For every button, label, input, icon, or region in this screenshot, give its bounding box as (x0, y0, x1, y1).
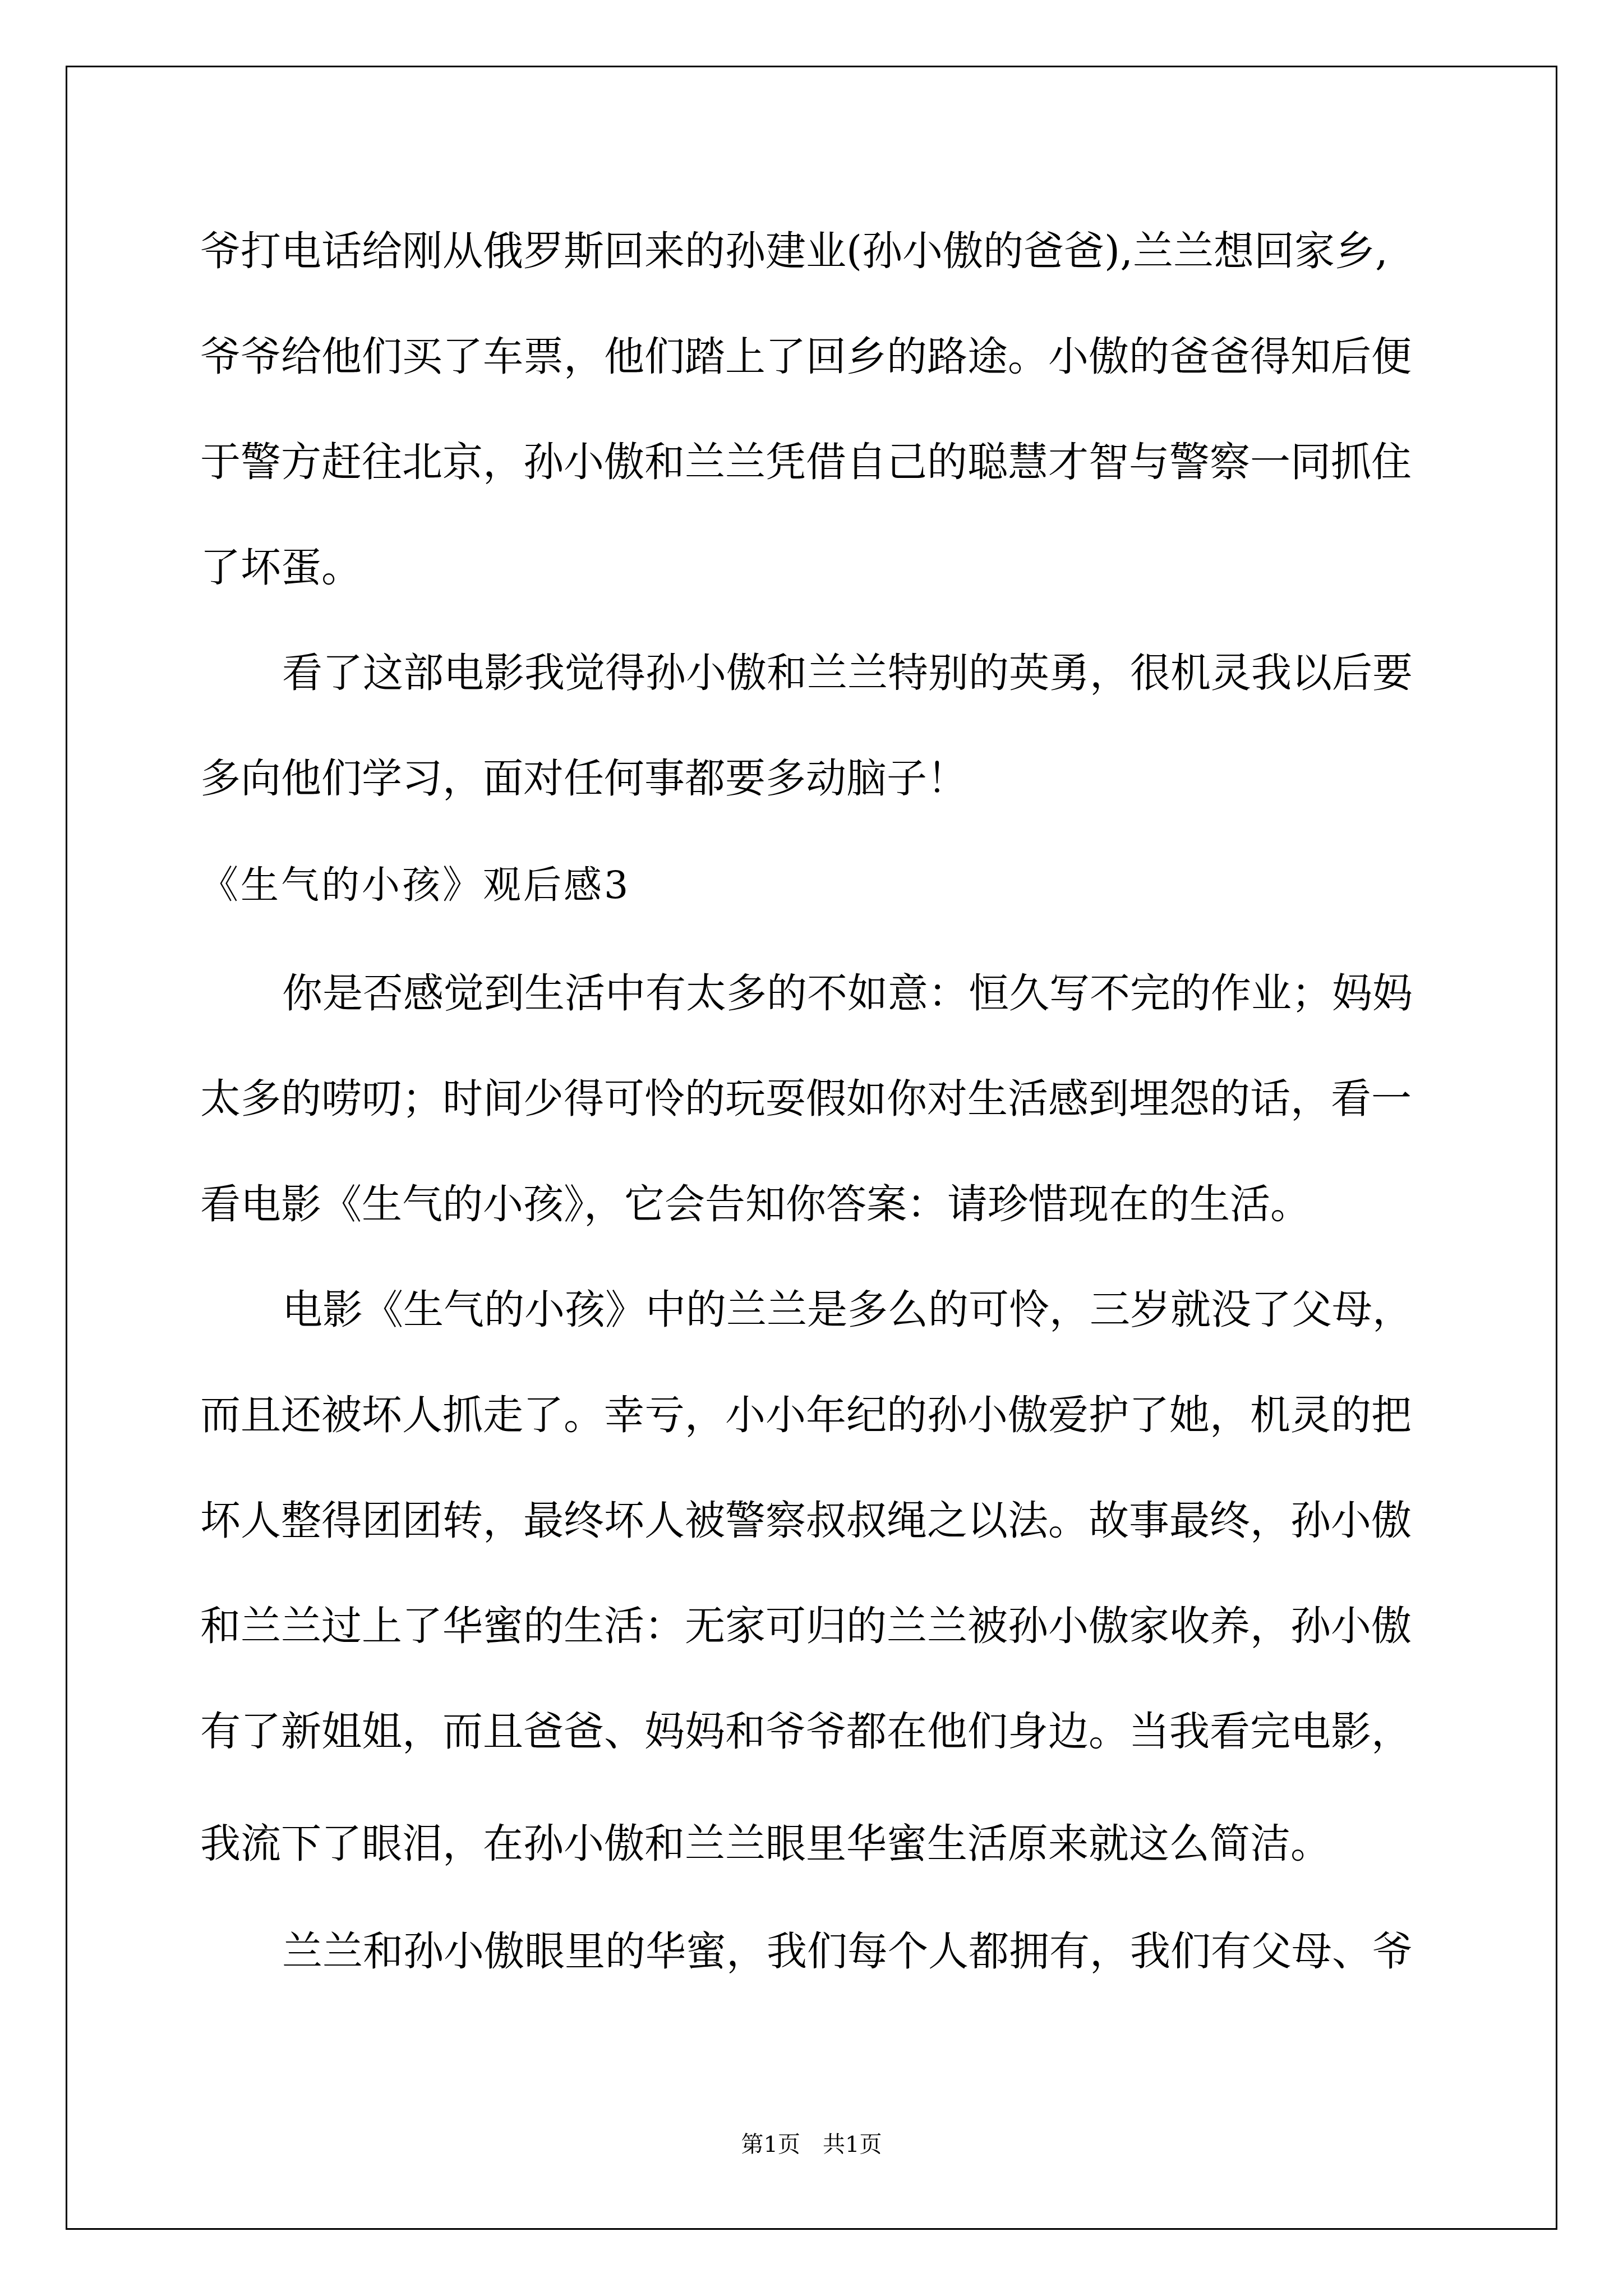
paragraph-start-line: 兰兰和孙小傲眼里的华蜜，我们每个人都拥有，我们有父母、爷 (282, 1898, 1413, 2004)
paragraph-start-line: 你是否感觉到生活中有太多的不如意：恒久写不完的作业；妈妈 (282, 940, 1413, 1046)
text-line: 我流下了眼泪，在孙小傲和兰兰眼里华蜜生活原来就这么简洁。 (200, 1791, 1331, 1896)
current-page-label: 第1页 (741, 2132, 800, 2157)
text-line: 爷爷给他们买了车票，他们踏上了回乡的路途。小傲的爸爸得知后便 (200, 303, 1412, 409)
paragraph-start-line: 电影《生气的小孩》中的兰兰是多么的可怜，三岁就没了父母， (282, 1257, 1413, 1362)
text-line: 了坏蛋。 (200, 514, 362, 620)
section-title: 《生气的小孩》观后感3 (200, 833, 630, 938)
text-line: 爷打电话给刚从俄罗斯回来的孙建业(孙小傲的爸爸),兰兰想回家乡, (200, 198, 1388, 303)
text-line: 和兰兰过上了华蜜的生活：无家可归的兰兰被孙小傲家收养，孙小傲 (200, 1573, 1412, 1678)
paragraph-start-line: 看了这部电影我觉得孙小傲和兰兰特别的英勇，很机灵我以后要 (282, 620, 1413, 725)
text-line: 于警方赶往北京，孙小傲和兰兰凭借自己的聪慧才智与警察一同抓住 (200, 409, 1412, 514)
text-line: 而且还被坏人抓走了。幸亏，小小年纪的孙小傲爱护了她，机灵的把 (200, 1362, 1412, 1467)
page-footer: 第1页共1页 (0, 2131, 1623, 2159)
text-line: 坏人整得团团转，最终坏人被警察叔叔绳之以法。故事最终，孙小傲 (200, 1467, 1412, 1573)
text-line: 太多的唠叨；时间少得可怜的玩耍假如你对生活感到埋怨的话，看一 (200, 1046, 1412, 1151)
text-line: 多向他们学习，面对任何事都要多动脑子！ (200, 725, 967, 831)
total-pages-label: 共1页 (823, 2132, 882, 2157)
text-line: 看电影《生气的小孩》，它会告知你答案：请珍惜现在的生活。 (200, 1151, 1311, 1257)
text-line: 有了新姐姐，而且爸爸、妈妈和爷爷都在他们身边。当我看完电影， (200, 1678, 1412, 1784)
